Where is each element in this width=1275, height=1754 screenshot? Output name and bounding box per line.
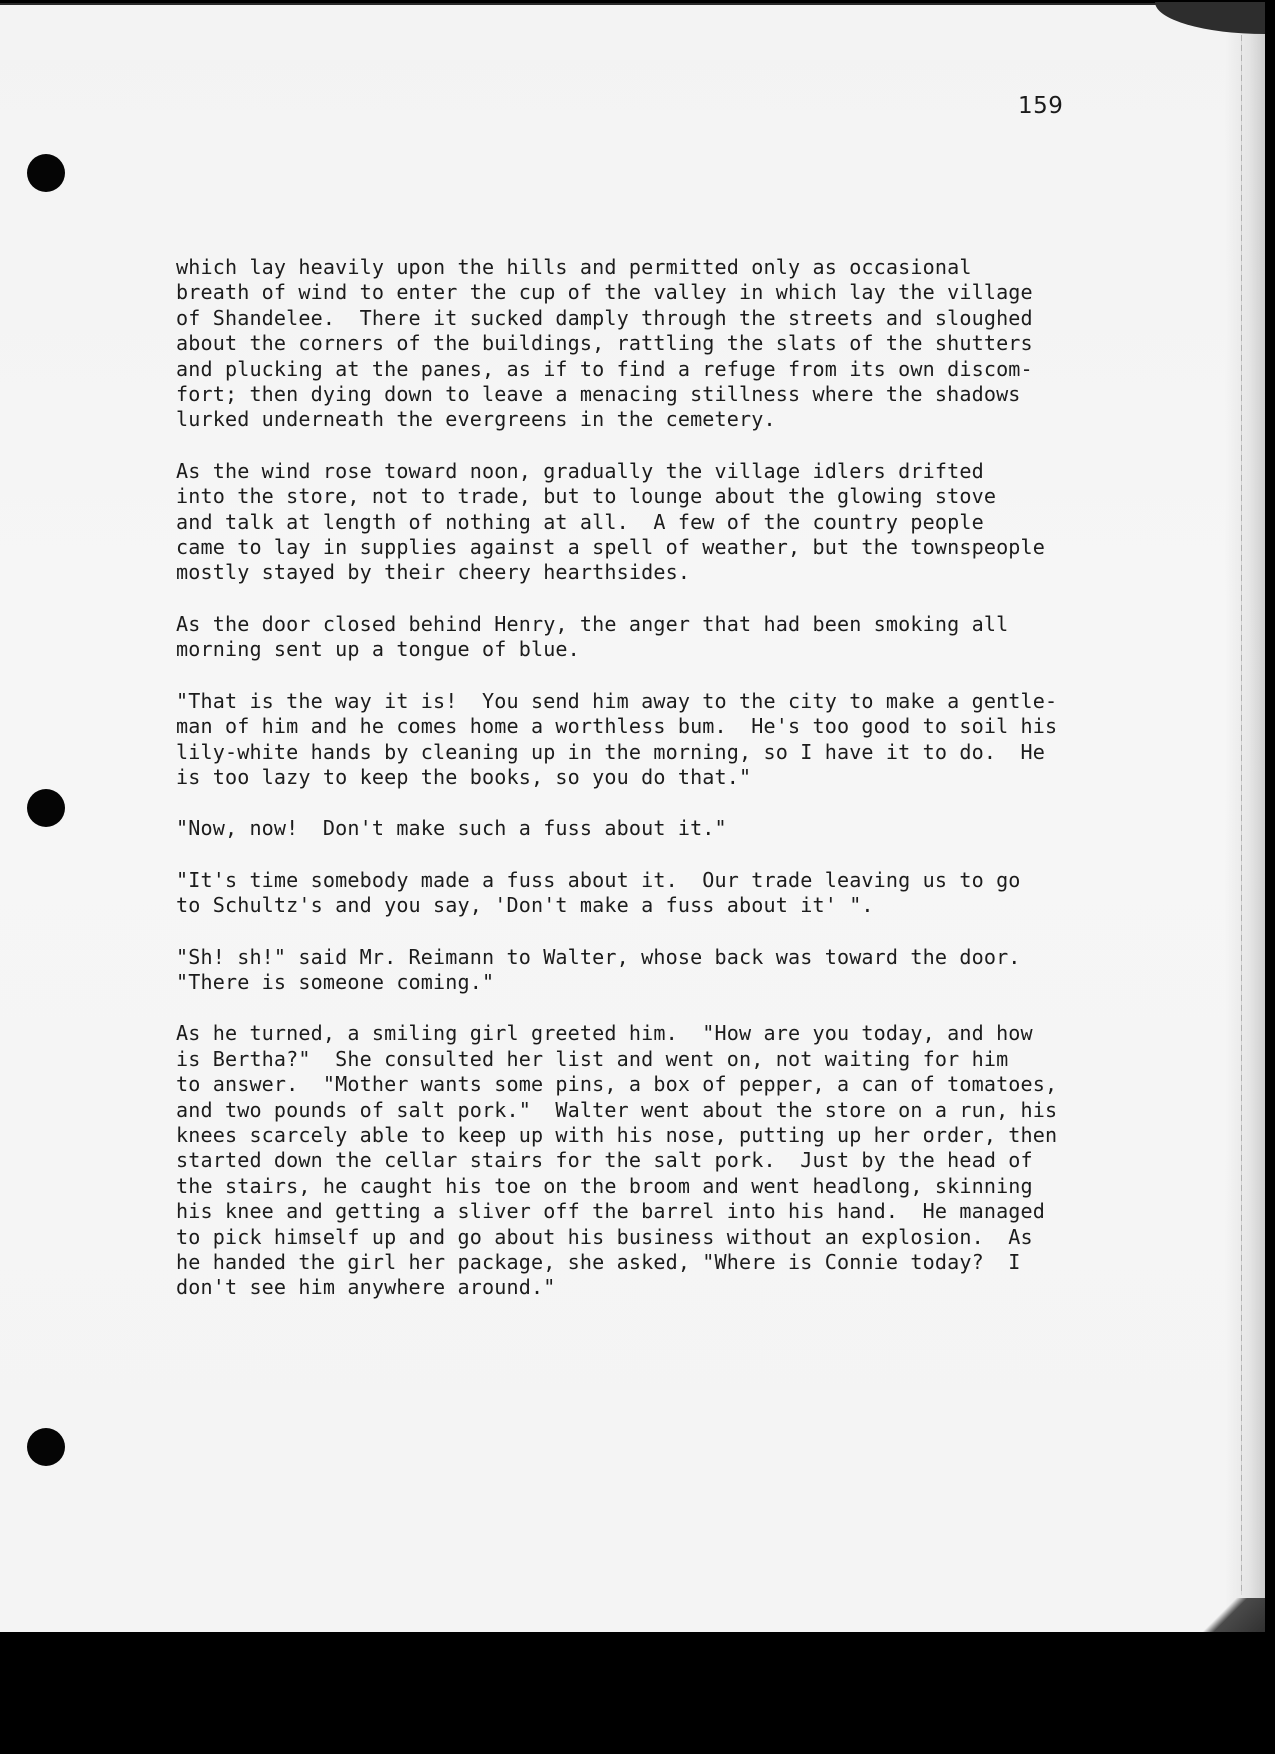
paragraph: which lay heavily upon the hills and per… [176, 255, 1116, 433]
text-line: to pick himself up and go about his busi… [176, 1225, 1102, 1250]
text-line: "There is someone coming." [176, 970, 1102, 995]
text-line: and two pounds of salt pork." Walter wen… [176, 1098, 1102, 1123]
text-line: is Bertha?" She consulted her list and w… [176, 1047, 1102, 1072]
bottom-corner-curl [1185, 1598, 1265, 1632]
text-line: to answer. "Mother wants some pins, a bo… [176, 1072, 1102, 1097]
binder-hole-icon [27, 789, 65, 827]
top-corner-curl [1155, 2, 1265, 34]
paragraph: "It's time somebody made a fuss about it… [176, 868, 1116, 919]
text-line: morning sent up a tongue of blue. [176, 637, 1102, 662]
text-line: lurked underneath the evergreens in the … [176, 407, 1102, 432]
text-line: lily-white hands by cleaning up in the m… [176, 740, 1102, 765]
text-line: "It's time somebody made a fuss about it… [176, 868, 1102, 893]
text-line: which lay heavily upon the hills and per… [176, 255, 1102, 280]
text-line: of Shandelee. There it sucked damply thr… [176, 306, 1102, 331]
scan-border [1265, 0, 1275, 1754]
text-line: "Now, now! Don't make such a fuss about … [176, 816, 1102, 841]
paragraph: As the door closed behind Henry, the ang… [176, 612, 1116, 663]
text-line: man of him and he comes home a worthless… [176, 714, 1102, 739]
paper-sheet: 159 which lay heavily upon the hills and… [0, 3, 1265, 1632]
text-line: to Schultz's and you say, 'Don't make a … [176, 893, 1102, 918]
text-line: As he turned, a smiling girl greeted him… [176, 1021, 1102, 1046]
text-line: "That is the way it is! You send him awa… [176, 689, 1102, 714]
paragraph: "Sh! sh!" said Mr. Reimann to Walter, wh… [176, 945, 1116, 996]
text-line: "Sh! sh!" said Mr. Reimann to Walter, wh… [176, 945, 1102, 970]
scanned-page-background: 159 which lay heavily upon the hills and… [0, 0, 1275, 1754]
body-text: which lay heavily upon the hills and per… [176, 255, 1116, 1327]
text-line: As the wind rose toward noon, gradually … [176, 459, 1102, 484]
text-line: As the door closed behind Henry, the ang… [176, 612, 1102, 637]
paragraph: As he turned, a smiling girl greeted him… [176, 1021, 1116, 1300]
text-line: is too lazy to keep the books, so you do… [176, 765, 1102, 790]
page-edge-line [1241, 35, 1242, 1595]
text-line: knees scarcely able to keep up with his … [176, 1123, 1102, 1148]
paragraph: "That is the way it is! You send him awa… [176, 689, 1116, 791]
text-line: and talk at length of nothing at all. A … [176, 510, 1102, 535]
text-line: about the corners of the buildings, ratt… [176, 331, 1102, 356]
text-line: fort; then dying down to leave a menacin… [176, 382, 1102, 407]
text-line: the stairs, he caught his toe on the bro… [176, 1174, 1102, 1199]
binder-hole-icon [27, 154, 65, 192]
binder-hole-icon [27, 1428, 65, 1466]
page-edge-shadow [1225, 5, 1265, 1632]
text-line: don't see him anywhere around." [176, 1275, 1102, 1300]
text-line: breath of wind to enter the cup of the v… [176, 280, 1102, 305]
paragraph: "Now, now! Don't make such a fuss about … [176, 816, 1116, 841]
text-line: he handed the girl her package, she aske… [176, 1250, 1102, 1275]
paragraph: As the wind rose toward noon, gradually … [176, 459, 1116, 586]
page-number: 159 [1018, 93, 1063, 119]
text-line: and plucking at the panes, as if to find… [176, 357, 1102, 382]
text-line: came to lay in supplies against a spell … [176, 535, 1102, 560]
text-line: mostly stayed by their cheery hearthside… [176, 560, 1102, 585]
text-line: started down the cellar stairs for the s… [176, 1148, 1102, 1173]
text-line: into the store, not to trade, but to lou… [176, 484, 1102, 509]
text-line: his knee and getting a sliver off the ba… [176, 1199, 1102, 1224]
